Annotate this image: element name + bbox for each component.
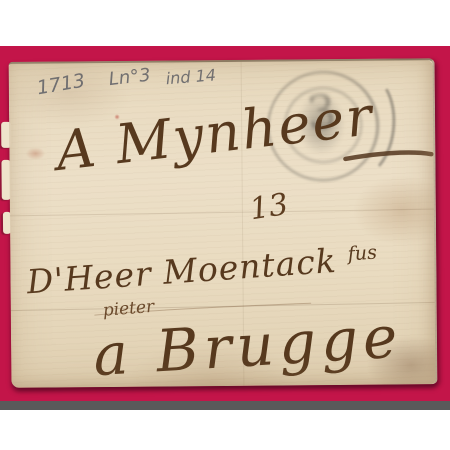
pencil-annotation-number: Ln°3 [108,65,152,91]
paper-fold-tab [1,160,10,200]
bottom-gray-strip [0,401,450,410]
addressee-suffix: fus [347,240,378,265]
pencil-annotation-year: 1713 [35,70,86,100]
product-photo: 1713 Ln°3 ind 14 3 A Mynheer 13 D'Heer M… [0,0,450,450]
addressee-name: D'Heer Moentack [25,241,337,302]
pencil-annotation-index: ind 14 [165,65,217,88]
letter-cover: 1713 Ln°3 ind 14 3 A Mynheer 13 D'Heer M… [9,58,438,388]
paper-fold-tab [1,122,11,148]
fold-crease [10,209,434,217]
paper-fold-tab [3,212,11,234]
postal-rate-marking: 13 [247,187,290,227]
address-addressee: D'Heer Moentack fus [25,238,378,301]
